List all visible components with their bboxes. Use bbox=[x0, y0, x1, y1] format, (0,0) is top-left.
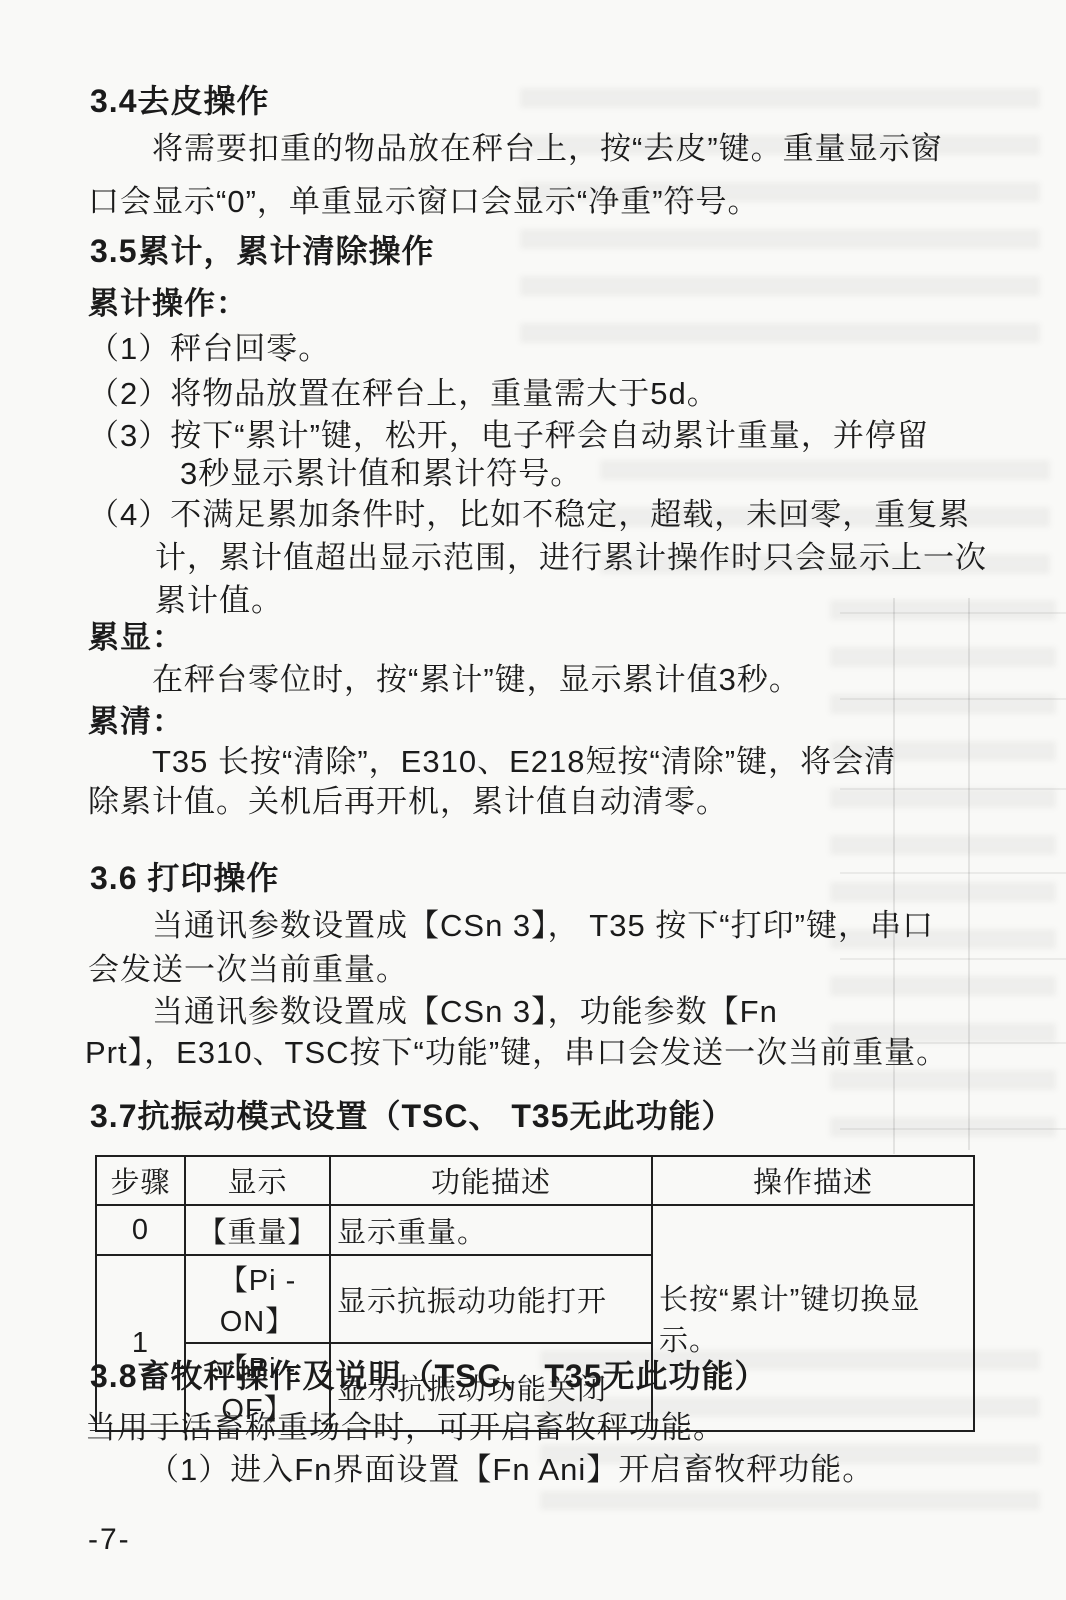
section-3-4-paragraph-line: 将需要扣重的物品放在秤台上，按“去皮”键。重量显示窗 bbox=[152, 131, 943, 167]
bleedthrough-grid-hline bbox=[840, 1128, 1066, 1130]
section-3-6-paragraph-line: 会发送一次当前重量。 bbox=[88, 952, 408, 988]
cell-step: 1 bbox=[96, 1255, 185, 1431]
manual-page: 3.4去皮操作 将需要扣重的物品放在秤台上，按“去皮”键。重量显示窗 口会显示“… bbox=[0, 0, 1066, 1600]
accumulate-clear-subheading: 累清： bbox=[88, 704, 184, 740]
section-3-8-heading: 3.8畜牧秤操作及说明（TSC、 T35无此功能） bbox=[90, 1358, 768, 1394]
accumulate-clear-line: T35 长按“清除”，E310、E218短按“清除”键，将会清 bbox=[152, 744, 896, 780]
bleedthrough-grid-hline bbox=[840, 872, 1066, 874]
column-header-display: 显示 bbox=[185, 1156, 330, 1205]
bleedthrough-grid-hline bbox=[840, 612, 1066, 614]
section-3-6-paragraph-line: 当通讯参数设置成【CSn 3】，功能参数【Fn bbox=[152, 994, 778, 1030]
cell-function-desc: 显示重量。 bbox=[330, 1205, 652, 1255]
list-item: （3）按下“累计”键，松开，电子秤会自动累计重量，并停留 bbox=[88, 418, 929, 454]
section-3-5-heading: 3.5累计，累计清除操作 bbox=[90, 233, 435, 269]
section-3-6-paragraph-line: 当通讯参数设置成【CSn 3】， T35 按下“打印”键，串口 bbox=[152, 908, 934, 944]
bleedthrough-grid-vline bbox=[968, 598, 970, 1150]
bleedthrough-grid-hline bbox=[840, 958, 1066, 960]
section-3-8-paragraph-line: 当用于活畜称重场合时，可开启畜牧秤功能。 bbox=[85, 1410, 725, 1446]
list-item: （2）将物品放置在秤台上，重量需大于5d。 bbox=[88, 376, 719, 412]
section-3-6-heading: 3.6 打印操作 bbox=[90, 860, 279, 896]
column-header-step: 步骤 bbox=[96, 1156, 185, 1205]
list-item-continuation: 累计值。 bbox=[155, 583, 283, 619]
cell-step: 0 bbox=[96, 1205, 185, 1255]
accumulate-display-subheading: 累显： bbox=[88, 620, 184, 656]
accumulate-clear-line: 除累计值。关机后再开机，累计值自动清零。 bbox=[88, 784, 728, 820]
cell-display: 【重量】 bbox=[185, 1205, 330, 1255]
column-header-operation-desc: 操作描述 bbox=[652, 1156, 974, 1205]
page-number: -7- bbox=[88, 1522, 131, 1558]
accumulate-subheading: 累计操作： bbox=[88, 286, 248, 322]
bleedthrough-grid-hline bbox=[840, 788, 1066, 790]
section-3-4-heading: 3.4去皮操作 bbox=[90, 83, 270, 119]
list-item: （1）秤台回零。 bbox=[88, 331, 330, 367]
list-item-continuation: 3秒显示累计值和累计符号。 bbox=[180, 456, 582, 492]
column-header-function-desc: 功能描述 bbox=[330, 1156, 652, 1205]
cell-display: 【Pi -ON】 bbox=[185, 1255, 330, 1343]
table-header-row: 步骤 显示 功能描述 操作描述 bbox=[96, 1156, 974, 1205]
list-item-continuation: 计，累计值超出显示范围，进行累计操作时只会显示上一次 bbox=[155, 540, 987, 576]
table-row: 0 【重量】 显示重量。 长按“累计”键切换显示。 bbox=[96, 1205, 974, 1255]
section-3-4-paragraph-line: 口会显示“0”，单重显示窗口会显示“净重”符号。 bbox=[88, 184, 760, 220]
list-item: （4）不满足累加条件时，比如不稳定，超载，未回零，重复累 bbox=[88, 497, 970, 533]
section-3-8-list-item: （1）进入Fn界面设置【Fn Ani】开启畜牧秤功能。 bbox=[148, 1452, 874, 1488]
bleedthrough-grid-hline bbox=[840, 698, 1066, 700]
section-3-6-paragraph-line: Prt】，E310、TSC按下“功能”键，串口会发送一次当前重量。 bbox=[85, 1035, 948, 1071]
cell-operation-desc: 长按“累计”键切换显示。 bbox=[652, 1205, 974, 1431]
section-3-7-heading: 3.7抗振动模式设置（TSC、 T35无此功能） bbox=[90, 1098, 735, 1134]
cell-function-desc: 显示抗振动功能打开 bbox=[330, 1255, 652, 1343]
accumulate-display-line: 在秤台零位时，按“累计”键，显示累计值3秒。 bbox=[152, 662, 801, 698]
